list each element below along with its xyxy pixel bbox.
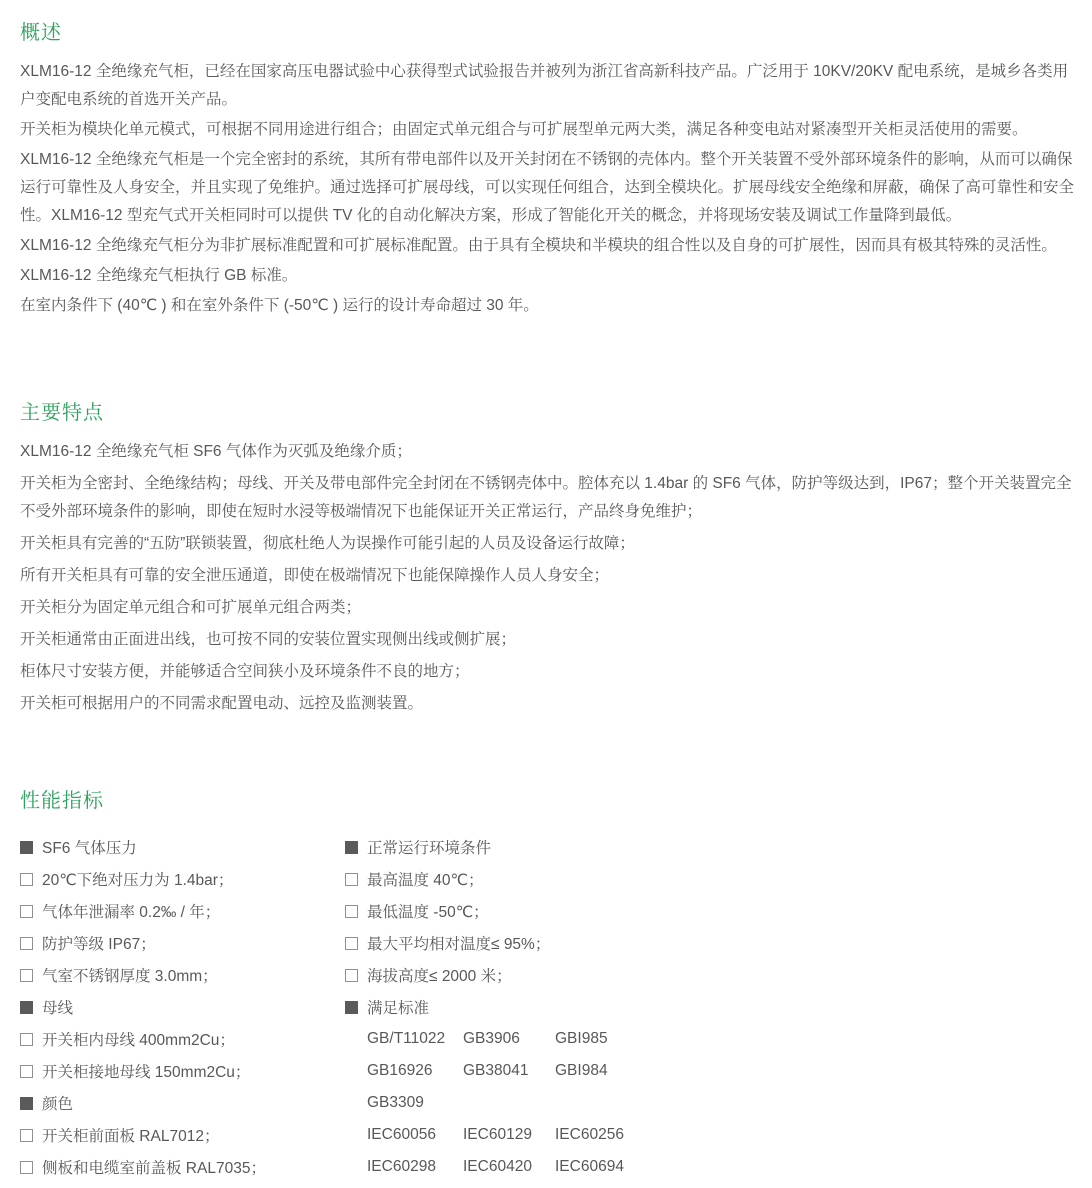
overview-paragraph: XLM16-12 全绝缘充气柜是一个完全密封的系统，其所有带电部件以及开关封闭在…	[20, 146, 1074, 230]
spec-cell: 气体年泄漏率 0.2‰ / 年；	[20, 900, 345, 922]
standards-cell: IEC60056 IEC60129 IEC60256	[345, 1126, 647, 1144]
spec-cell: 最大平均相对温度≤ 95%；	[345, 932, 550, 954]
standard-code: IEC60256	[555, 1126, 647, 1144]
spec-cell: 最高温度 40℃；	[345, 868, 483, 890]
overview-paragraph: 开关柜为模块化单元模式，可根据不同用途进行组合；由固定式单元组合与可扩展型单元两…	[20, 116, 1074, 144]
standards-cell: GB3309	[345, 1094, 463, 1112]
spec-row: 开关柜接地母线 150mm2Cu； GB16926 GB38041 GBI984	[20, 1055, 1074, 1087]
spec-row: 气室不锈钢厚度 3.0mm； 海拔高度≤ 2000 米；	[20, 959, 1074, 991]
standard-code: GB3309	[367, 1094, 463, 1112]
outline-square-icon	[345, 937, 358, 950]
standards-cell: IEC60298 IEC60420 IEC60694	[345, 1158, 647, 1176]
spec-table: SF6 气体压力 正常运行环境条件 20℃下绝对压力为 1.4bar； 最高温度…	[20, 831, 1074, 1183]
outline-square-icon	[20, 969, 33, 982]
outline-square-icon	[20, 905, 33, 918]
filled-square-icon	[345, 841, 358, 854]
standard-code: IEC60298	[367, 1158, 463, 1176]
spec-label: 正常运行环境条件	[367, 836, 491, 858]
outline-square-icon	[20, 1161, 33, 1174]
standards-cell: GB16926 GB38041 GBI984	[345, 1062, 647, 1080]
standard-code: GB/T11022	[367, 1030, 463, 1048]
spec-cell: 开关柜前面板 RAL7012；	[20, 1124, 345, 1146]
outline-square-icon	[345, 873, 358, 886]
section-overview: 概述 XLM16-12 全绝缘充气柜，已经在国家高压电器试验中心获得型式试验报告…	[20, 16, 1074, 320]
spec-label: 颜色	[42, 1092, 73, 1114]
feature-paragraph: XLM16-12 全绝缘充气柜 SF6 气体作为灭弧及绝缘介质；	[20, 438, 1074, 466]
outline-square-icon	[20, 937, 33, 950]
features-title: 主要特点	[20, 396, 1074, 425]
spec-label: SF6 气体压力	[42, 836, 137, 858]
spec-label: 母线	[42, 996, 73, 1018]
spec-label: 满足标准	[367, 996, 429, 1018]
spec-label: 开关柜接地母线 150mm2Cu；	[42, 1060, 250, 1082]
spec-row: 颜色 GB3309	[20, 1087, 1074, 1119]
outline-square-icon	[20, 873, 33, 886]
spec-row: 母线 满足标准	[20, 991, 1074, 1023]
spec-cell: 气室不锈钢厚度 3.0mm；	[20, 964, 345, 986]
feature-paragraph: 开关柜具有完善的“五防”联锁装置，彻底杜绝人为误操作可能引起的人员及设备运行故障…	[20, 530, 1074, 558]
spec-cell: 20℃下绝对压力为 1.4bar；	[20, 868, 345, 890]
standard-code: GBI985	[555, 1030, 647, 1048]
spec-cell: 最低温度 -50℃；	[345, 900, 489, 922]
spec-label: 海拔高度≤ 2000 米；	[367, 964, 512, 986]
overview-paragraph: 在室内条件下 (40℃ ) 和在室外条件下 (-50℃ ) 运行的设计寿命超过 …	[20, 292, 1074, 320]
spec-label: 最高温度 40℃；	[367, 868, 483, 890]
feature-paragraph: 开关柜分为固定单元组合和可扩展单元组合两类；	[20, 594, 1074, 622]
spec-cell: 开关柜内母线 400mm2Cu；	[20, 1028, 345, 1050]
standard-code: GB3906	[463, 1030, 555, 1048]
spec-row: 开关柜前面板 RAL7012； IEC60056 IEC60129 IEC602…	[20, 1119, 1074, 1151]
standard-code: IEC60129	[463, 1126, 555, 1144]
feature-paragraph: 所有开关柜具有可靠的安全泄压通道，即使在极端情况下也能保障操作人员人身安全；	[20, 562, 1074, 590]
filled-square-icon	[345, 1001, 358, 1014]
overview-paragraph: XLM16-12 全绝缘充气柜执行 GB 标准。	[20, 262, 1074, 290]
spec-row: 20℃下绝对压力为 1.4bar； 最高温度 40℃；	[20, 863, 1074, 895]
spec-label: 开关柜内母线 400mm2Cu；	[42, 1028, 235, 1050]
spec-cell: 开关柜接地母线 150mm2Cu；	[20, 1060, 345, 1082]
spec-cell: SF6 气体压力	[20, 836, 345, 858]
section-features: 主要特点 XLM16-12 全绝缘充气柜 SF6 气体作为灭弧及绝缘介质； 开关…	[20, 396, 1074, 718]
filled-square-icon	[20, 1097, 33, 1110]
spec-label: 最低温度 -50℃；	[367, 900, 489, 922]
filled-square-icon	[20, 1001, 33, 1014]
spec-cell: 侧板和电缆室前盖板 RAL7035；	[20, 1156, 345, 1178]
standards-cell: GB/T11022 GB3906 GBI985	[345, 1030, 647, 1048]
spec-label: 气室不锈钢厚度 3.0mm；	[42, 964, 218, 986]
feature-paragraph: 柜体尺寸安装方便，并能够适合空间狭小及环境条件不良的地方；	[20, 658, 1074, 686]
spec-cell: 正常运行环境条件	[345, 836, 491, 858]
spec-label: 最大平均相对温度≤ 95%；	[367, 932, 550, 954]
overview-paragraph: XLM16-12 全绝缘充气柜，已经在国家高压电器试验中心获得型式试验报告并被列…	[20, 58, 1074, 114]
filled-square-icon	[20, 841, 33, 854]
standard-code: GB16926	[367, 1062, 463, 1080]
outline-square-icon	[20, 1129, 33, 1142]
spec-cell: 防护等级 IP67；	[20, 932, 345, 954]
specs-title: 性能指标	[20, 784, 1074, 813]
standard-code: IEC60694	[555, 1158, 647, 1176]
spec-cell: 母线	[20, 996, 345, 1018]
standard-code: GBI984	[555, 1062, 647, 1080]
spec-row: 侧板和电缆室前盖板 RAL7035； IEC60298 IEC60420 IEC…	[20, 1151, 1074, 1183]
spec-cell: 颜色	[20, 1092, 345, 1114]
spec-cell: 海拔高度≤ 2000 米；	[345, 964, 512, 986]
outline-square-icon	[20, 1065, 33, 1078]
spec-label: 防护等级 IP67；	[42, 932, 156, 954]
overview-paragraph: XLM16-12 全绝缘充气柜分为非扩展标准配置和可扩展标准配置。由于具有全模块…	[20, 232, 1074, 260]
section-specs: 性能指标 SF6 气体压力 正常运行环境条件 20℃下绝对压力为 1.4bar；	[20, 784, 1074, 1183]
feature-paragraph: 开关柜可根据用户的不同需求配置电动、远控及监测装置。	[20, 690, 1074, 718]
spec-cell: 满足标准	[345, 996, 429, 1018]
standard-code: GB38041	[463, 1062, 555, 1080]
document-page: 概述 XLM16-12 全绝缘充气柜，已经在国家高压电器试验中心获得型式试验报告…	[0, 0, 1092, 1183]
overview-title: 概述	[20, 16, 1074, 45]
feature-paragraph: 开关柜为全密封、全绝缘结构；母线、开关及带电部件完全封闭在不锈钢壳体中。腔体充以…	[20, 470, 1074, 526]
spec-label: 20℃下绝对压力为 1.4bar；	[42, 868, 233, 890]
spec-label: 开关柜前面板 RAL7012；	[42, 1124, 219, 1146]
spec-row: 气体年泄漏率 0.2‰ / 年； 最低温度 -50℃；	[20, 895, 1074, 927]
spec-label: 侧板和电缆室前盖板 RAL7035；	[42, 1156, 266, 1178]
outline-square-icon	[20, 1033, 33, 1046]
spec-row: 开关柜内母线 400mm2Cu； GB/T11022 GB3906 GBI985	[20, 1023, 1074, 1055]
outline-square-icon	[345, 969, 358, 982]
feature-paragraph: 开关柜通常由正面进出线，也可按不同的安装位置实现侧出线或侧扩展；	[20, 626, 1074, 654]
standard-code: IEC60420	[463, 1158, 555, 1176]
outline-square-icon	[345, 905, 358, 918]
spec-label: 气体年泄漏率 0.2‰ / 年；	[42, 900, 220, 922]
spec-row: 防护等级 IP67； 最大平均相对温度≤ 95%；	[20, 927, 1074, 959]
standard-code: IEC60056	[367, 1126, 463, 1144]
spec-row: SF6 气体压力 正常运行环境条件	[20, 831, 1074, 863]
